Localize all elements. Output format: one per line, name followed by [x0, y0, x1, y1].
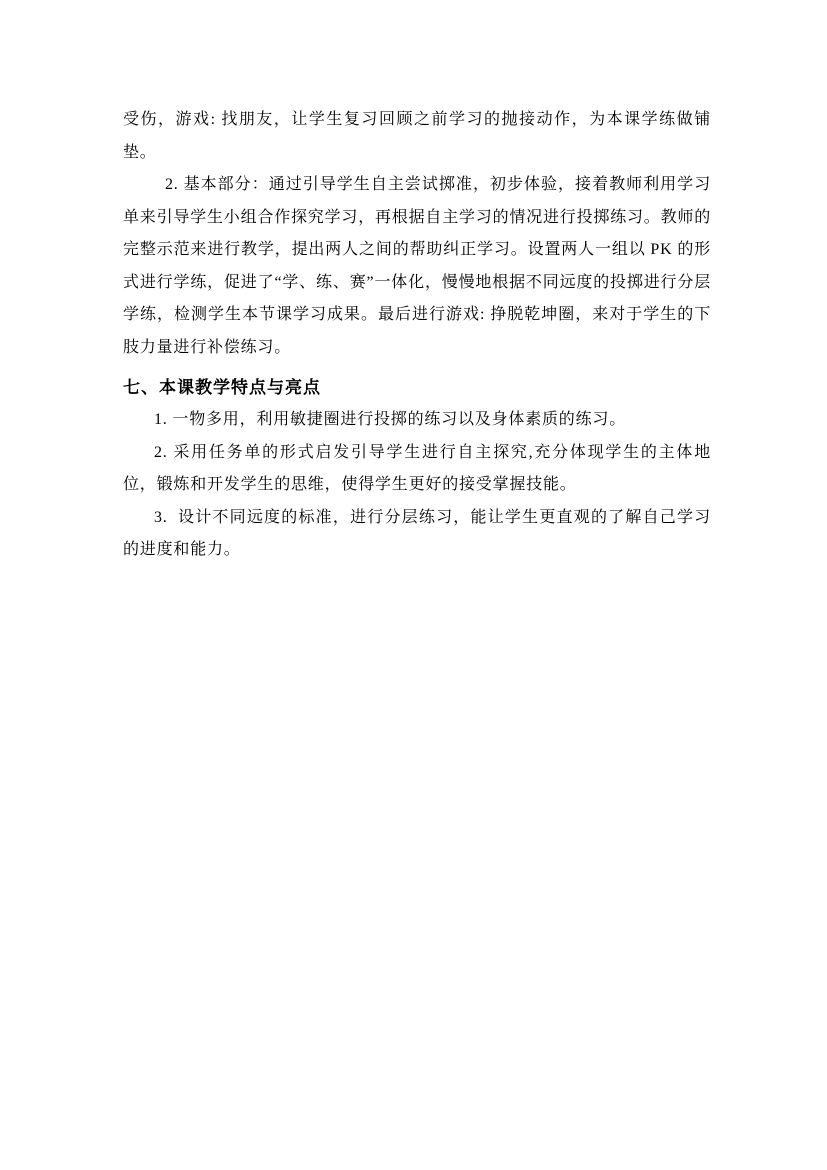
- highlight-item-2: 2. 采用任务单的形式启发引导学生进行自主探究,充分体现学生的主体地位，锻炼和开…: [123, 437, 711, 502]
- document-page: 受伤，游戏: 找朋友，让学生复习回顾之前学习的抛接动作，为本课学练做铺垫。 2.…: [0, 0, 827, 1170]
- paragraph-basic-part: 2. 基本部分：通过引导学生自主尝试掷准，初步体验，接着教师利用学习单来引导学生…: [123, 169, 711, 364]
- document-content: 受伤，游戏: 找朋友，让学生复习回顾之前学习的抛接动作，为本课学练做铺垫。 2.…: [123, 104, 711, 567]
- paragraph-warmup-continuation: 受伤，游戏: 找朋友，让学生复习回顾之前学习的抛接动作，为本课学练做铺垫。: [123, 104, 711, 169]
- section-heading: 七、本课教学特点与亮点: [123, 371, 711, 404]
- highlight-item-3: 3. 设计不同远度的标准，进行分层练习，能让学生更直观的了解自己学习的进度和能力…: [123, 502, 711, 567]
- highlight-item-1: 1. 一物多用，利用敏捷圈进行投掷的练习以及身体素质的练习。: [123, 404, 711, 437]
